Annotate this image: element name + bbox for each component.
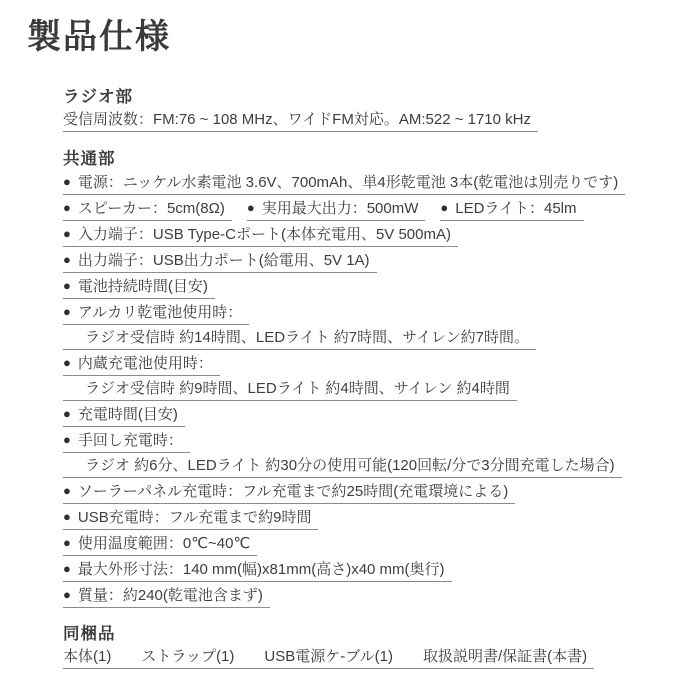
bullet-icon: ● [440,199,448,216]
usb-charge-value: USB充電時：フル充電まで約9時間 [78,509,312,526]
spec-line-charge-time: ●充電時間(目安) [63,405,672,427]
charge-time-label: 充電時間(目安) [78,406,178,423]
weight-value: 質量：約240(乾電池含まず) [78,587,263,604]
included-item-strap: ストラップ(1) [141,648,234,665]
crank-label: 手回し充電時： [78,432,183,449]
dimensions-value: 最大外形寸法：140 mm(幅)x81mm(高さ)x40 mm(奥行) [78,561,445,578]
bullet-icon: ● [63,560,71,577]
internal-detail-value: ラジオ受信時 約9時間、LEDライト 約4時間、サイレン 約4時間 [63,380,517,401]
temperature-value: 使用温度範囲：0℃~40℃ [78,535,250,552]
bullet-icon: ● [63,225,71,242]
spec-line-internal: ●内蔵充電池使用時： [63,354,672,376]
spec-line-alkaline: ●アルカリ乾電池使用時： [63,303,672,325]
input-port-value: 入力端子：USB Type-Cポート(本体充電用、5V 500mA) [78,226,451,243]
max-output-value: 実用最大出力：500mW [262,200,419,217]
bullet-icon: ● [63,482,71,499]
bullet-icon: ● [63,277,71,294]
bullet-icon: ● [63,534,71,551]
frequency-value: 受信周波数：FM:76 ~ 108 MHz、ワイドFM対応。AM:522 ~ 1… [63,111,538,132]
spec-line-speaker-output-led: ●スピーカー：5cm(8Ω)●実用最大出力：500mW●LEDライト：45lm [63,199,672,221]
spec-line-power: ●電源：ニッケル水素電池 3.6V、700mAh、単4形乾電池 3本(乾電池は別… [63,173,672,195]
section-radio: ラジオ部 受信周波数：FM:76 ~ 108 MHz、ワイドFM対応。AM:52… [63,87,672,132]
power-value: 電源：ニッケル水素電池 3.6V、700mAh、単4形乾電池 3本(乾電池は別売… [78,174,618,191]
spec-line-alkaline-detail: ラジオ受信時 約14時間、LEDライト 約7時間、サイレン約7時間。 [63,329,672,350]
spec-line-output-port: ●出力端子：USB出力ポート(給電用、5V 1A) [63,251,672,273]
bullet-icon: ● [63,173,71,190]
included-item-usb-cable: USB電源ケ-ブル(1) [264,648,393,665]
bullet-icon: ● [63,354,71,371]
radio-section-heading: ラジオ部 [63,87,672,107]
spec-line-dimensions: ●最大外形寸法：140 mm(幅)x81mm(高さ)x40 mm(奥行) [63,560,672,582]
included-item-body: 本体(1) [63,648,111,665]
bullet-icon: ● [247,199,255,216]
spec-line-crank-detail: ラジオ 約6分、LEDライト 約30分の使用可能(120回転/分で3分間充電した… [63,457,672,478]
battery-life-label: 電池持続時間(目安) [78,278,208,295]
spec-line-solar: ●ソーラーパネル充電時：フル充電まで約25時間(充電環境による) [63,482,672,504]
common-section-heading: 共通部 [63,149,672,169]
led-value: LEDライト：45lm [455,200,576,217]
spec-line-battery-life: ●電池持続時間(目安) [63,277,672,299]
section-included: 同梱品 本体(1)ストラップ(1)USB電源ケ-ブル(1)取扱説明書/保証書(本… [63,624,672,669]
solar-value: ソーラーパネル充電時：フル充電まで約25時間(充電環境による) [78,483,508,500]
section-common: 共通部 ●電源：ニッケル水素電池 3.6V、700mAh、単4形乾電池 3本(乾… [63,149,672,608]
internal-label: 内蔵充電池使用時： [78,355,213,372]
spec-content: ラジオ部 受信周波数：FM:76 ~ 108 MHz、ワイドFM対応。AM:52… [63,87,672,669]
speaker-value: スピーカー：5cm(8Ω) [78,200,225,217]
bullet-icon: ● [63,586,71,603]
spec-line-input-port: ●入力端子：USB Type-Cポート(本体充電用、5V 500mA) [63,225,672,247]
bullet-icon: ● [63,508,71,525]
bullet-icon: ● [63,431,71,448]
included-section-heading: 同梱品 [63,624,672,644]
spec-line-crank: ●手回し充電時： [63,431,672,453]
alkaline-detail-value: ラジオ受信時 約14時間、LEDライト 約7時間、サイレン約7時間。 [63,329,536,350]
spec-line-weight: ●質量：約240(乾電池含まず) [63,586,672,608]
bullet-icon: ● [63,303,71,320]
output-port-value: 出力端子：USB出力ポート(給電用、5V 1A) [78,252,370,269]
page-title: 製品仕様 [27,18,672,56]
crank-detail-value: ラジオ 約6分、LEDライト 約30分の使用可能(120回転/分で3分間充電した… [63,457,622,478]
included-items-line: 本体(1)ストラップ(1)USB電源ケ-ブル(1)取扱説明書/保証書(本書) [63,648,672,669]
spec-line-usb-charge: ●USB充電時：フル充電まで約9時間 [63,508,672,530]
spec-sheet-page: 製品仕様 ラジオ部 受信周波数：FM:76 ~ 108 MHz、ワイドFM対応。… [0,0,700,669]
included-item-manual: 取扱説明書/保証書(本書) [423,648,587,665]
alkaline-label: アルカリ乾電池使用時： [78,304,242,321]
bullet-icon: ● [63,405,71,422]
bullet-icon: ● [63,251,71,268]
bullet-icon: ● [63,199,71,216]
spec-line-frequency: 受信周波数：FM:76 ~ 108 MHz、ワイドFM対応。AM:522 ~ 1… [63,111,672,132]
spec-line-temperature: ●使用温度範囲：0℃~40℃ [63,534,672,556]
spec-line-internal-detail: ラジオ受信時 約9時間、LEDライト 約4時間、サイレン 約4時間 [63,380,672,401]
